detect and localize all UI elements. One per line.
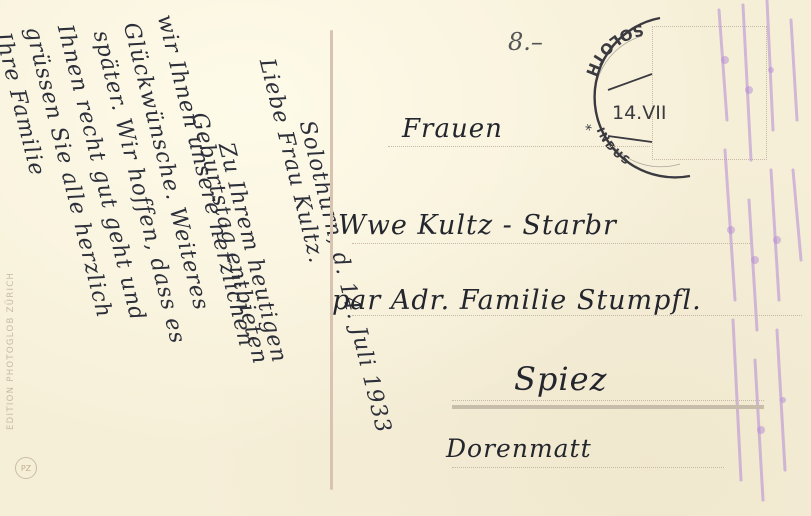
- publisher-imprint: EDITION PHOTOGLOB ZÜRICH: [6, 272, 16, 430]
- purple-stamp-icon: [705, 0, 811, 516]
- address-city-underline: [452, 405, 764, 409]
- message-line-salutation: Liebe Frau Kultz.: [254, 56, 329, 266]
- message-line: Ihnen recht gut geht und: [52, 22, 150, 324]
- address-rule-1: [388, 146, 650, 147]
- postmark: SOLOTH INDUS 14.VII *: [572, 14, 692, 184]
- address-rule-4: [452, 400, 764, 401]
- message-line: Glückwünsche. Weiteres: [118, 20, 214, 313]
- purple-stamp: [705, 0, 811, 516]
- message-line-date: Solothurn, d. 14. Juli 1933: [294, 118, 396, 436]
- message-line: Ihre Familie: [0, 30, 50, 179]
- postcard-back: EDITION PHOTOGLOB ZÜRICH PZ Solothurn, d…: [0, 0, 811, 516]
- postmark-icon: SOLOTH INDUS 14.VII *: [572, 14, 692, 184]
- address-locality: Dorenmatt: [446, 434, 592, 463]
- center-divider: [330, 30, 333, 490]
- address-name: Wwe Kultz - Starbr: [338, 210, 617, 241]
- postmark-date: 14.VII: [612, 102, 666, 124]
- price-mark: 8.–: [508, 28, 543, 56]
- message-line: wir Ihnen unsere herzlichen: [152, 12, 259, 350]
- message-line: Geburtstag entbieten: [186, 110, 273, 367]
- message-line: später. Wir hoffen, dass es: [88, 28, 190, 347]
- message-line: grüssen Sie alle herzlich: [20, 24, 117, 321]
- address-rule-2: [352, 243, 752, 244]
- message-line: Zu Ihrem heutigen: [213, 140, 292, 366]
- address-city: Spiez: [514, 360, 607, 398]
- svg-text:*: *: [583, 123, 600, 133]
- publisher-emblem-icon: PZ: [15, 457, 37, 479]
- address-rule-5: [452, 467, 724, 468]
- address-care-of: par Adr. Familie Stumpfl.: [332, 285, 702, 316]
- svg-text:INDUS: INDUS: [594, 126, 634, 169]
- address-rule-3: [352, 315, 802, 316]
- svg-text:SOLOTH: SOLOTH: [581, 21, 645, 81]
- address-salutation: Frauen: [402, 114, 503, 144]
